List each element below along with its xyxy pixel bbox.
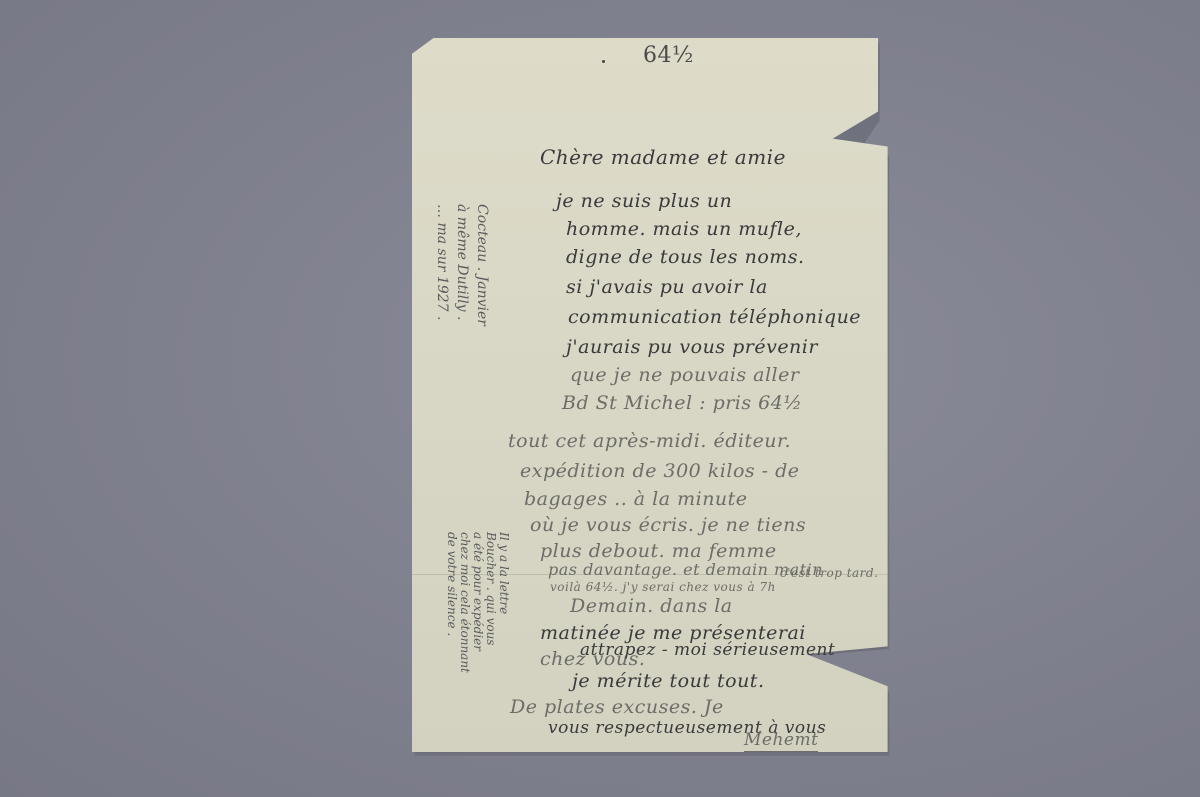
- letter-line: je mérite tout tout.: [572, 670, 765, 692]
- letter-line: tout cet après-midi. éditeur.: [508, 430, 791, 452]
- folio-dot: [602, 60, 605, 63]
- margin-line: de votre silence .: [445, 532, 458, 673]
- signature: Mehemt: [744, 730, 818, 752]
- margin-line: a été pour expédier: [471, 532, 484, 673]
- photo-scene: 64½ Chère madame et amie je ne suis plus…: [0, 0, 1200, 797]
- letter-line: j'aurais pu vous prévenir: [566, 336, 818, 358]
- letter-line: De plates excuses. Je: [510, 696, 724, 718]
- margin-note-lower: Il y a la lettre Boucher . qui vous a ét…: [445, 532, 510, 673]
- letter-line: Bd St Michel : pris 64½: [562, 392, 802, 414]
- margin-line: … ma sur 1927 .: [432, 204, 452, 326]
- margin-line: Boucher . qui vous: [484, 532, 497, 673]
- letter-line: que je ne pouvais aller: [570, 364, 799, 386]
- margin-line: à même Dutilly .: [452, 204, 472, 326]
- letter-line: plus debout. ma femme: [540, 540, 777, 562]
- letter-line: où je vous écris. je ne tiens: [530, 514, 806, 536]
- margin-note-upper: Cocteau . Janvier à même Dutilly . … ma …: [432, 204, 492, 326]
- letter-line: homme. mais un mufle,: [566, 218, 802, 240]
- letter-line: si j'avais pu avoir la: [566, 276, 768, 298]
- letter-line-insert: c'est trop tard.: [780, 566, 878, 580]
- letter-line: je ne suis plus un: [556, 190, 732, 212]
- folio-number: 64½: [643, 43, 694, 68]
- letter-line: expédition de 300 kilos - de: [520, 460, 800, 482]
- margin-line: Cocteau . Janvier: [472, 204, 492, 326]
- margin-line: Il y a la lettre: [497, 532, 510, 673]
- letter-line: communication téléphonique: [568, 306, 861, 328]
- margin-line: chez moi cela étonnant: [458, 532, 471, 673]
- letter-line: digne de tous les noms.: [566, 246, 805, 268]
- letter-line: attrapez - moi sérieusement: [580, 640, 835, 660]
- letter-line: Demain. dans la: [570, 595, 733, 617]
- letter-line: bagages .. à la minute: [524, 488, 748, 510]
- salutation: Chère madame et amie: [540, 145, 786, 169]
- letter-line-insert: voilà 64½. j'y serai chez vous à 7h: [550, 580, 776, 594]
